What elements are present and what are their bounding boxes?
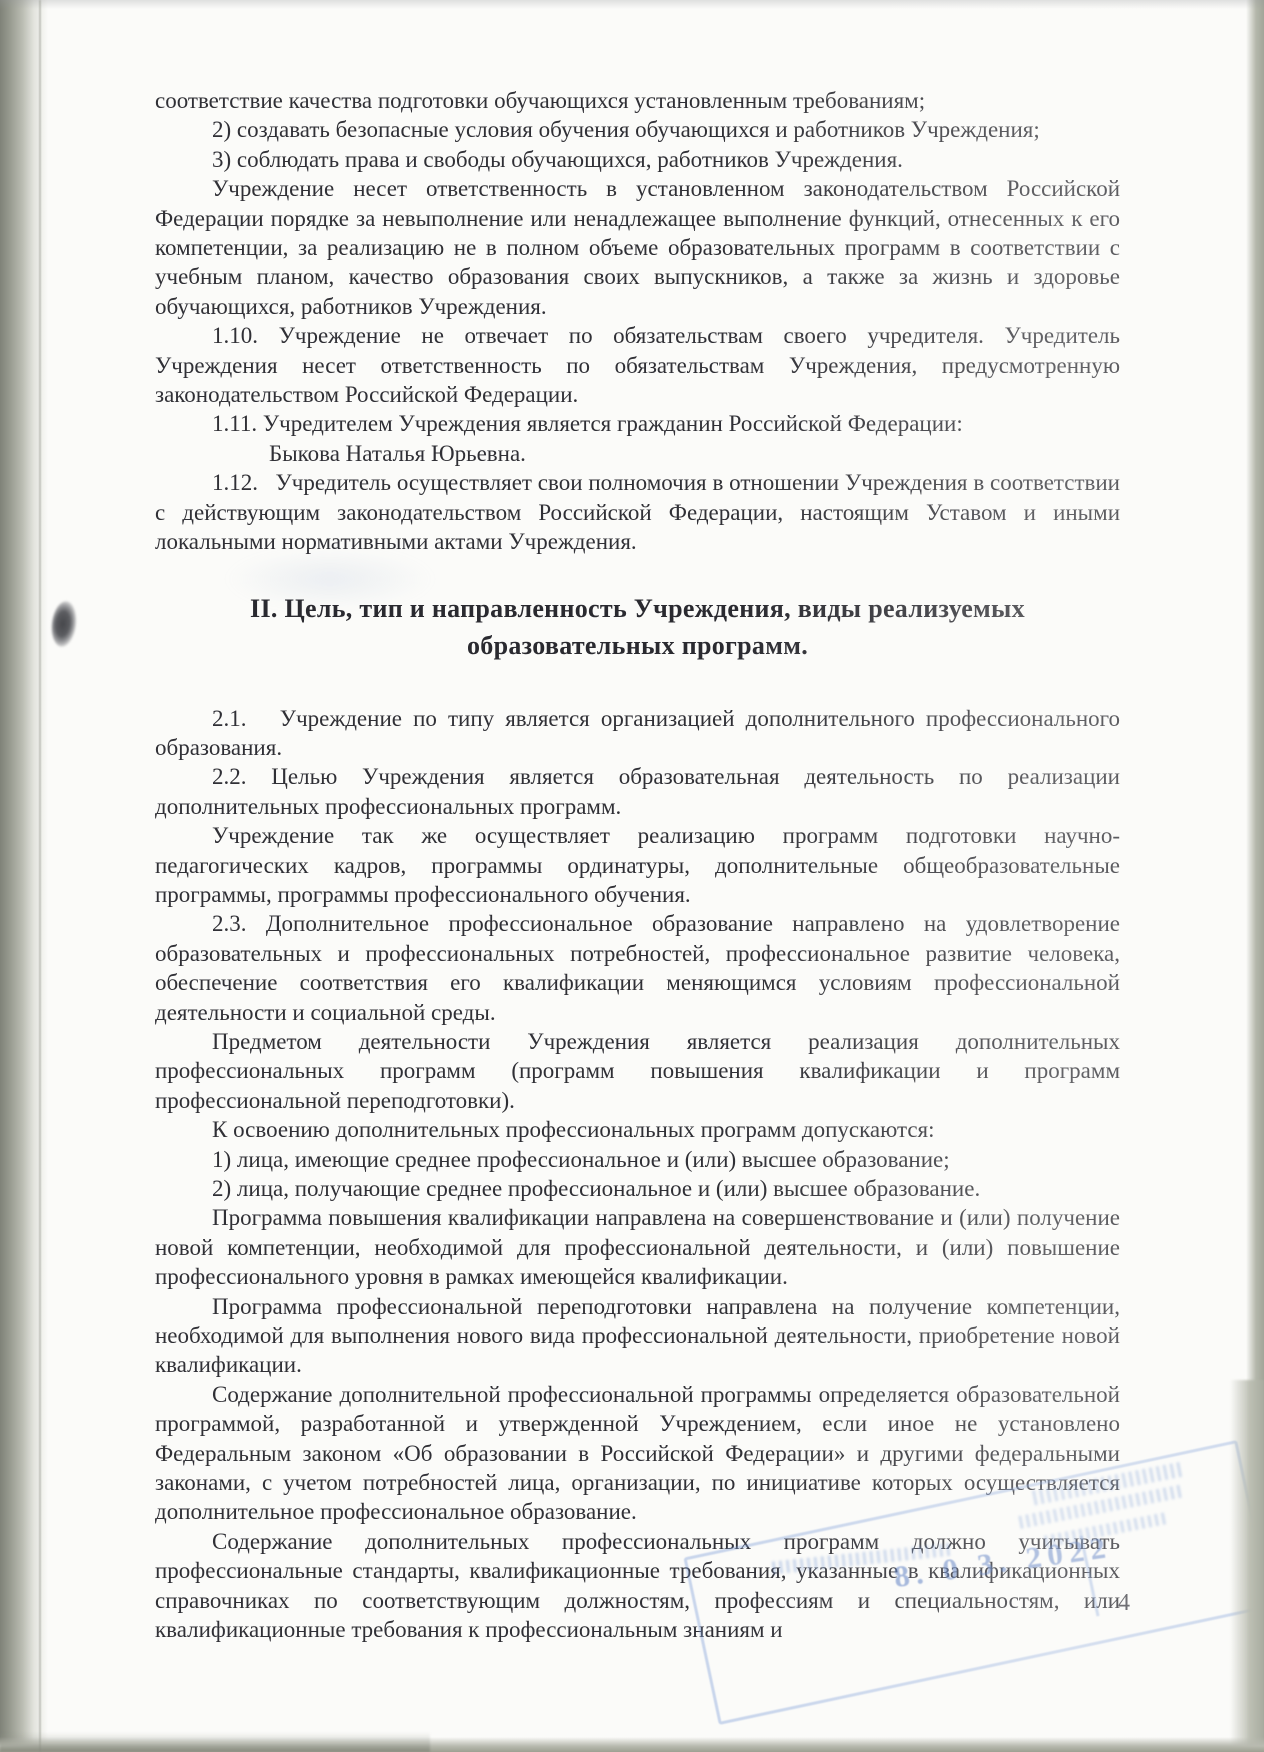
paragraph: 1.10. Учреждение не отвечает по обязател… — [155, 321, 1120, 409]
document-text: соответствие качества подготовки обучающ… — [155, 86, 1120, 1645]
scan-edge-right-lower — [1230, 1380, 1264, 1752]
paragraph: 2.3. Дополнительное профессиональное обр… — [155, 909, 1120, 1027]
paragraph: К освоению дополнительных профессиональн… — [155, 1115, 1120, 1144]
paragraph: соответствие качества подготовки обучающ… — [155, 86, 1120, 115]
paragraph: Учреждение так же осуществляет реализаци… — [155, 821, 1120, 909]
paragraph: 2.2. Целью Учреждения является образоват… — [155, 762, 1120, 821]
paragraph: 2) создавать безопасные условия обучения… — [155, 115, 1120, 144]
scan-edge-right — [1246, 0, 1264, 1752]
scan-edge-bottom — [0, 1737, 1264, 1752]
scan-edge-top — [0, 0, 1264, 9]
scan-edge-bottom-left — [0, 1732, 430, 1752]
paragraph: 2) лица, получающие среднее профессионал… — [155, 1174, 1120, 1203]
paragraph: Учреждение несет ответственность в устан… — [155, 174, 1120, 321]
scan-edge-left — [0, 0, 48, 1752]
paragraph: Быкова Наталья Юрьевна. — [155, 439, 1120, 468]
paragraph: 1.12. Учредитель осуществляет свои полно… — [155, 468, 1120, 556]
paragraph: 2.1. Учреждение по типу является организ… — [155, 704, 1120, 763]
paragraph: Содержание дополнительных профессиональн… — [155, 1527, 1120, 1645]
paragraph: 1.11. Учредителем Учреждения является гр… — [155, 409, 1120, 438]
paragraph: Предметом деятельности Учреждения являет… — [155, 1027, 1120, 1115]
paragraph: Содержание дополнительной профессиональн… — [155, 1380, 1120, 1527]
page-edge-line — [39, 0, 41, 1752]
section-heading: II. Цель, тип и направленность Учреждени… — [215, 590, 1060, 664]
binder-hole-mark — [49, 600, 78, 649]
paragraph: Программа профессиональной переподготовк… — [155, 1292, 1120, 1380]
paragraph: Программа повышения квалификации направл… — [155, 1203, 1120, 1291]
page-number: 4 — [1118, 1590, 1130, 1617]
paragraph: 1) лица, имеющие среднее профессионально… — [155, 1145, 1120, 1174]
paragraph: 3) соблюдать права и свободы обучающихся… — [155, 145, 1120, 174]
